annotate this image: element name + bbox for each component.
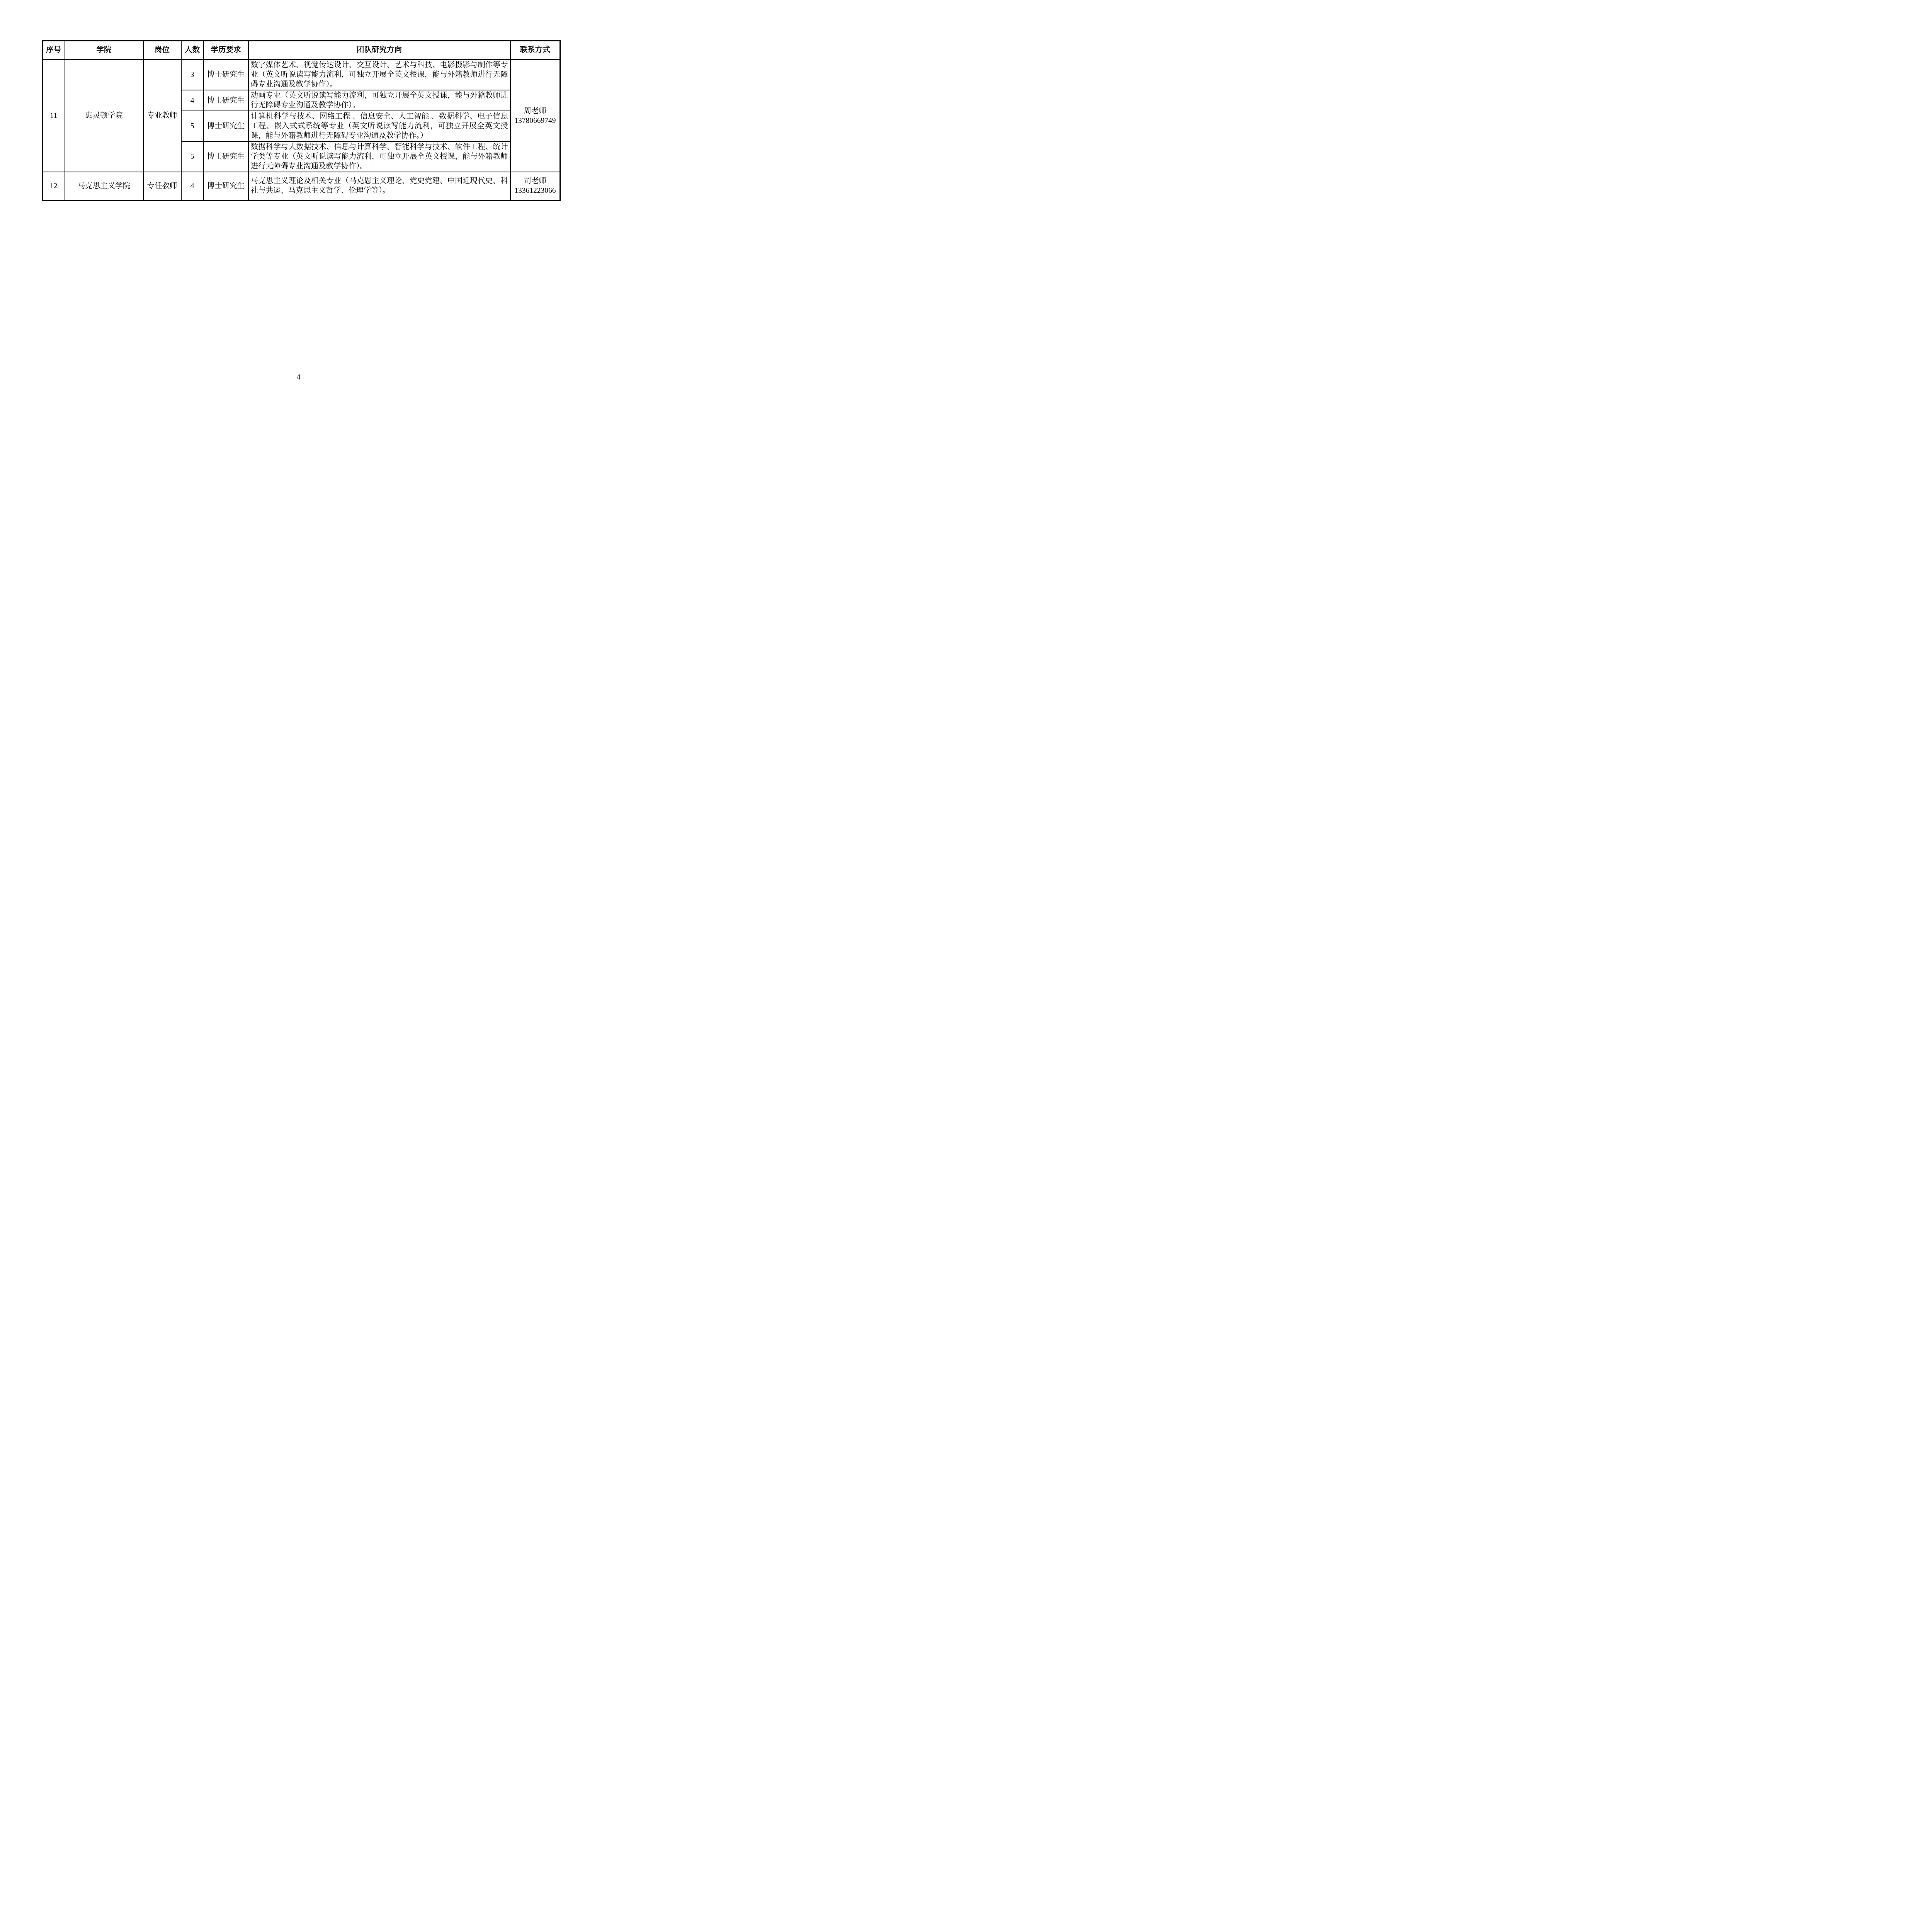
header-college: 学院: [65, 41, 143, 60]
cell-direction-11-4: 数据科学与大数据技术、信息与计算科学、智能科学与技术、软件工程、统计学类等专业（…: [248, 141, 510, 172]
row-12: 12 马克思主义学院 专任教师 4 博士研究生 马克思主义理论及相关专业（马克思…: [43, 172, 560, 200]
cell-count-11-1: 3: [181, 60, 204, 90]
recruitment-table: 序号 学院 岗位 人数 学历要求 团队研究方向 联系方式 11 惠灵顿学院 专业…: [42, 40, 561, 201]
cell-count-12: 4: [181, 172, 204, 200]
header-seq: 序号: [43, 41, 65, 60]
cell-direction-11-3: 计算机科学与技术、网络工程 、信息安全、人工智能 、数据科学、电子信息工程、嵌入…: [248, 111, 510, 141]
cell-college-12: 马克思主义学院: [65, 172, 143, 200]
cell-direction-11-1: 数字媒体艺术、视觉传达设计、交互设计、艺术与科技、电影摄影与制作等专业（英文听说…: [248, 60, 510, 90]
cell-position-12: 专任教师: [143, 172, 181, 200]
cell-count-11-2: 4: [181, 90, 204, 111]
cell-degree-11-4: 博士研究生: [204, 141, 248, 172]
contact-phone-12: 13361223066: [511, 186, 560, 196]
cell-seq-11: 11: [43, 60, 65, 172]
header-row: 序号 学院 岗位 人数 学历要求 团队研究方向 联系方式: [43, 41, 560, 60]
contact-name-11: 周老师: [511, 106, 560, 116]
cell-degree-12: 博士研究生: [204, 172, 248, 200]
cell-degree-11-1: 博士研究生: [204, 60, 248, 90]
cell-count-11-3: 5: [181, 111, 204, 141]
cell-count-11-4: 5: [181, 141, 204, 172]
header-degree: 学历要求: [204, 41, 248, 60]
page-number: 4: [0, 373, 597, 382]
header-contact: 联系方式: [510, 41, 560, 60]
cell-degree-11-3: 博士研究生: [204, 111, 248, 141]
contact-name-12: 司老师: [511, 176, 560, 186]
row-11-subrow-1: 11 惠灵顿学院 专业教师 3 博士研究生 数字媒体艺术、视觉传达设计、交互设计…: [43, 60, 560, 90]
header-direction: 团队研究方向: [248, 41, 510, 60]
cell-direction-12: 马克思主义理论及相关专业（马克思主义理论、党史党建、中国近现代史、科社与共运、马…: [248, 172, 510, 200]
cell-position-11: 专业教师: [143, 60, 181, 172]
cell-direction-11-2: 动画专业（英文听说读写能力流利，可独立开展全英文授课，能与外籍教师进行无障碍专业…: [248, 90, 510, 111]
header-position: 岗位: [143, 41, 181, 60]
contact-phone-11: 13780669749: [511, 116, 560, 126]
cell-contact-11: 周老师 13780669749: [510, 60, 560, 172]
cell-seq-12: 12: [43, 172, 65, 200]
cell-college-11: 惠灵顿学院: [65, 60, 143, 172]
cell-degree-11-2: 博士研究生: [204, 90, 248, 111]
header-count: 人数: [181, 41, 204, 60]
cell-contact-12: 司老师 13361223066: [510, 172, 560, 200]
document-page: 序号 学院 岗位 人数 学历要求 团队研究方向 联系方式 11 惠灵顿学院 专业…: [0, 0, 597, 422]
